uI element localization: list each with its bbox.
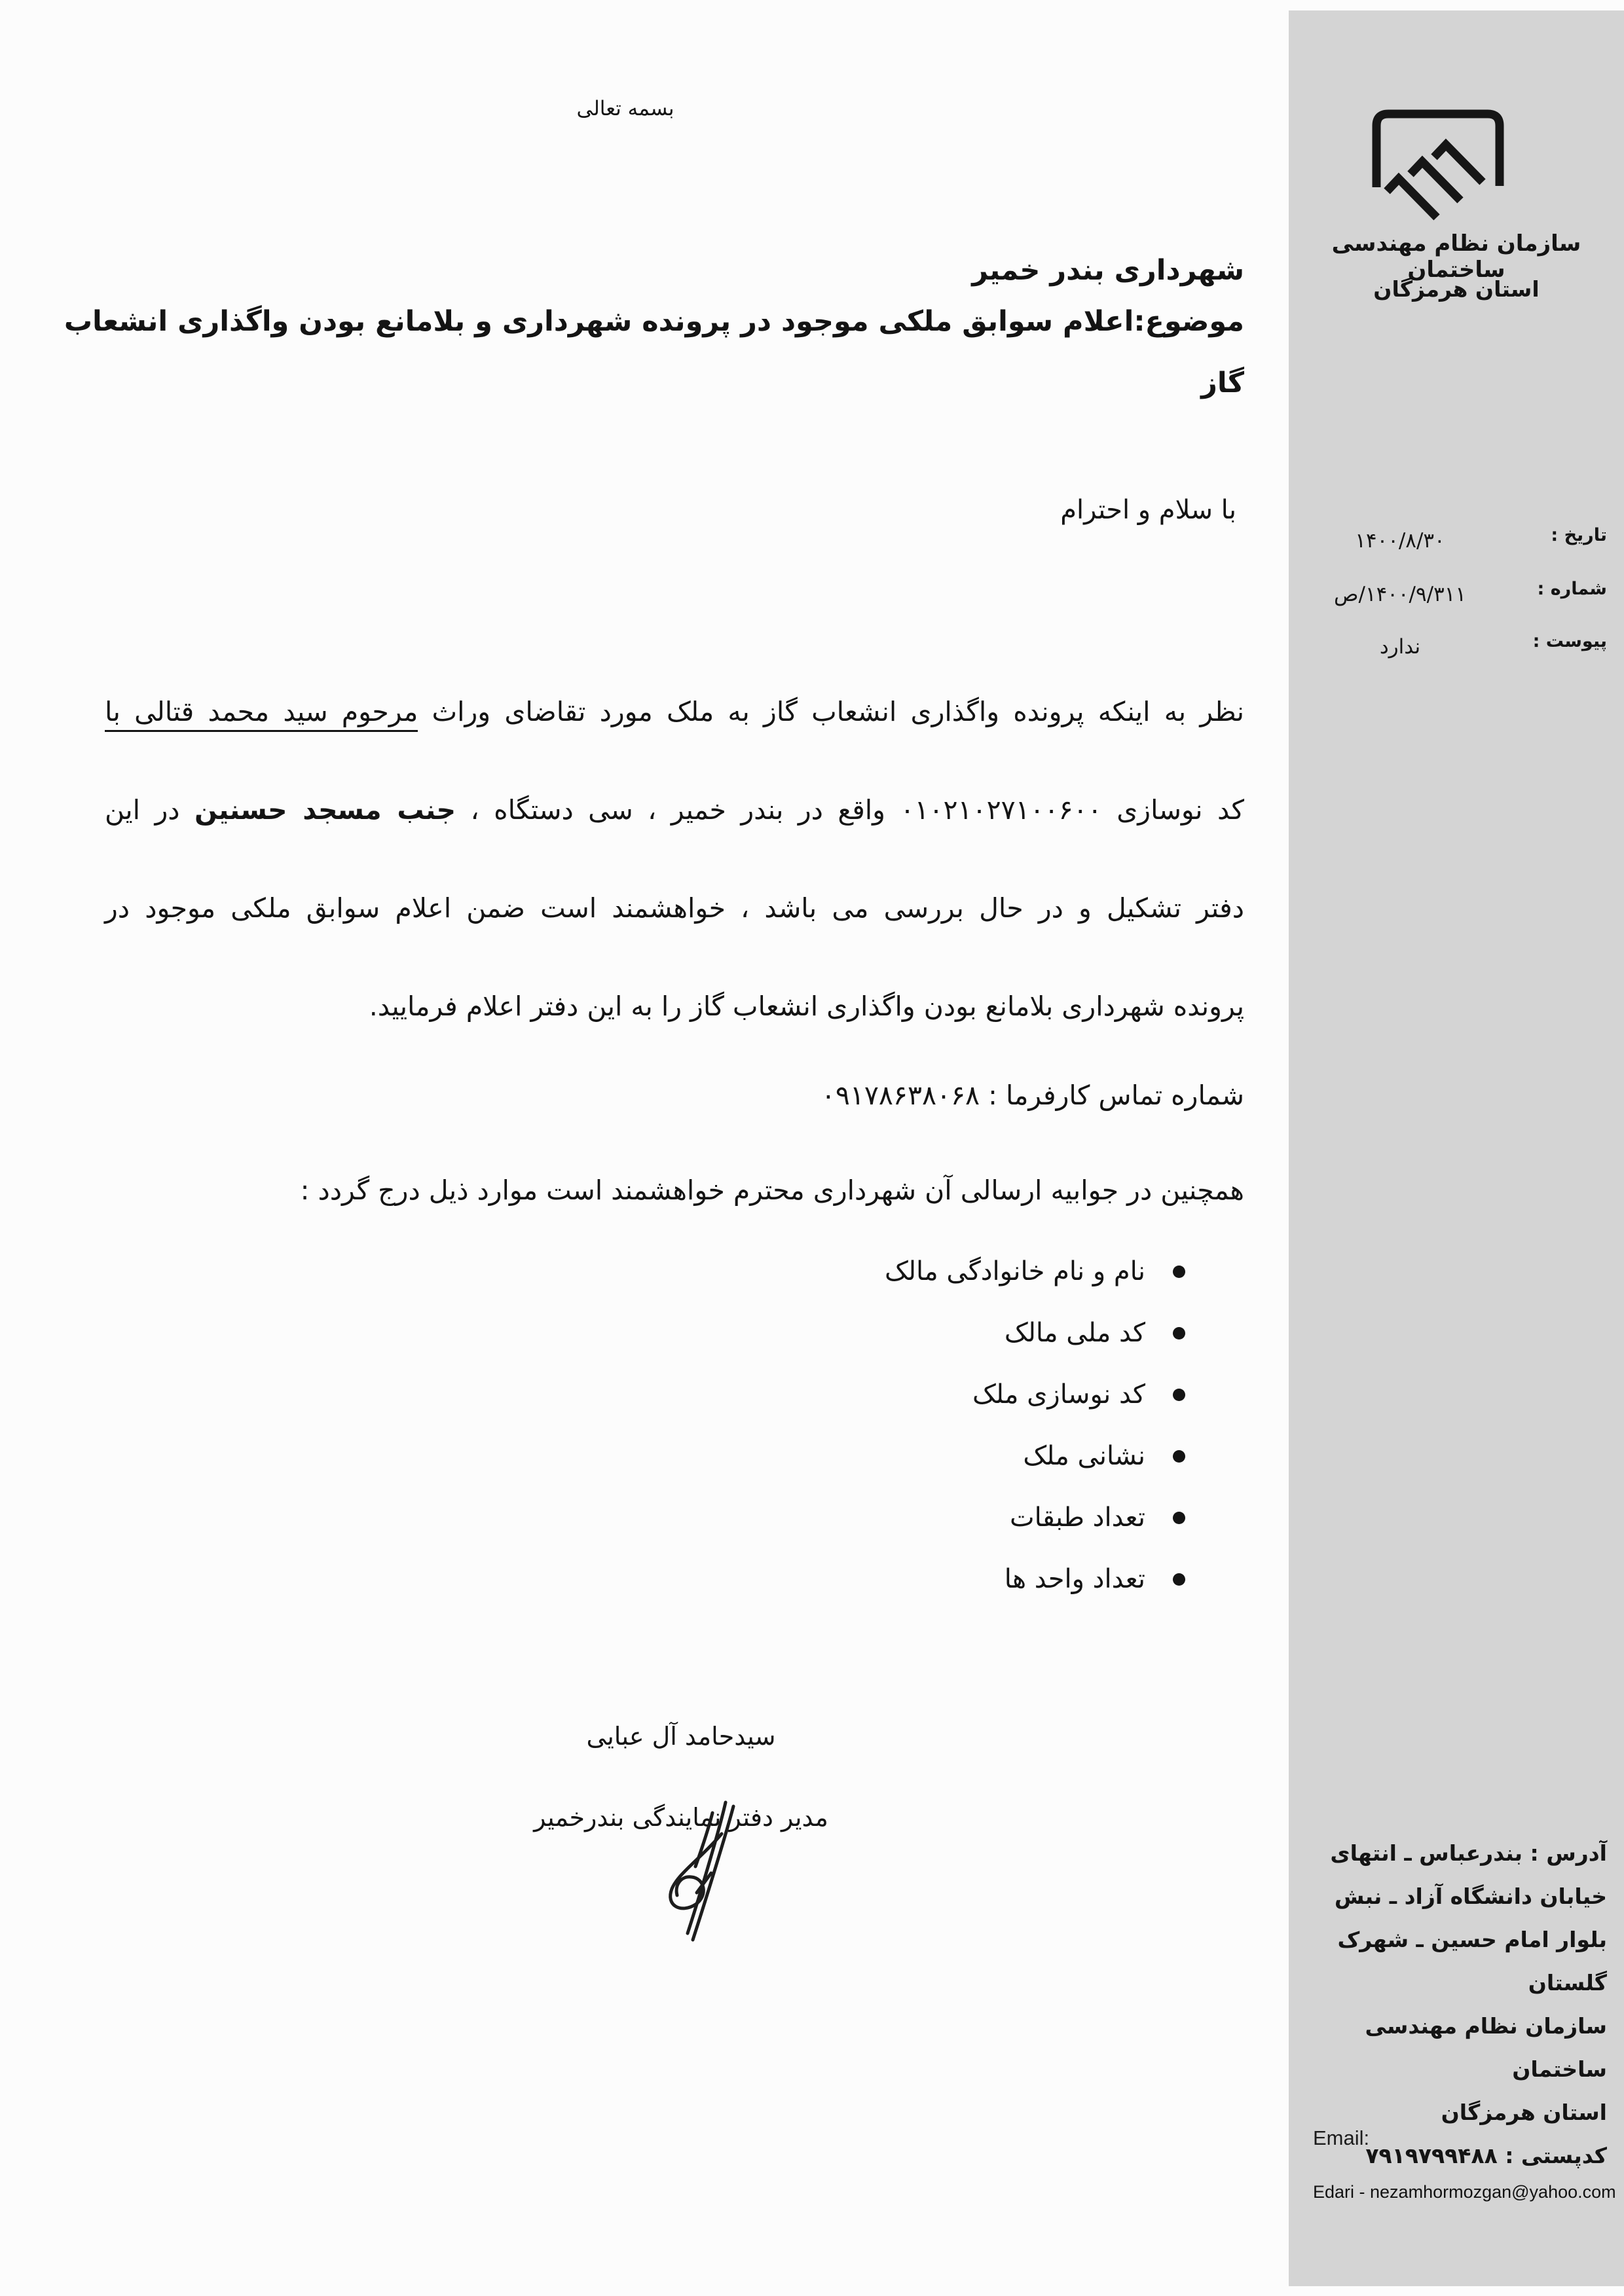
bullet-icon <box>1173 1512 1185 1524</box>
list-item: کد نوسازی ملک <box>885 1364 1185 1425</box>
body-paragraph: نظر به اینکه پرونده واگذاری انشعاب گاز ب… <box>105 663 1244 1055</box>
signer-name: سیدحامد آل عبایی <box>485 1717 877 1756</box>
list-item-label: نام و نام خانوادگی مالک <box>885 1256 1145 1286</box>
body-line-4: پرونده شهرداری بلامانع بودن واگذاری انشع… <box>105 957 1244 1055</box>
list-item: نام و نام خانوادگی مالک <box>885 1241 1185 1302</box>
list-item-label: نشانی ملک <box>1023 1441 1145 1471</box>
bullet-icon <box>1173 1389 1185 1401</box>
bullet-icon <box>1173 1450 1185 1463</box>
address-line: گلستان <box>1298 1961 1607 2005</box>
email-value: Edari - nezamhormozgan@yahoo.com <box>1313 2182 1616 2202</box>
letter-page: بسمه تعالی شهرداری بندر خمیر موضوع:اعلام… <box>0 0 1624 2296</box>
attachment-row: پیوست : ندارد <box>1289 631 1624 672</box>
list-item-label: تعداد واحد ها <box>1005 1564 1145 1594</box>
address-line: آدرس : بندرعباس ـ انتهای <box>1298 1832 1607 1875</box>
list-item-label: تعداد طبقات <box>1010 1503 1145 1533</box>
list-item: کد ملی مالک <box>885 1302 1185 1364</box>
bold-landmark-text: جنب مسجد حسنین <box>194 794 456 826</box>
list-item: تعداد واحد ها <box>885 1548 1185 1610</box>
date-row: تاریخ : ۱۴۰۰/۸/۳۰ <box>1289 525 1624 566</box>
subject-line-1-text: موضوع:اعلام سوابق ملکی موجود در پرونده ش… <box>64 305 1244 338</box>
bullet-icon <box>1173 1266 1185 1278</box>
address-line: بلوار امام حسین ـ شهرک <box>1298 1918 1607 1961</box>
list-item-label: کد ملی مالک <box>1005 1318 1145 1348</box>
body-line-1-text: نظر به اینکه پرونده واگذاری انشعاب گاز ب… <box>418 696 1244 727</box>
attachment-value: ندارد <box>1302 635 1498 659</box>
subject-line-1: موضوع:اعلام سوابق ملکی موجود در پرونده ش… <box>111 305 1244 338</box>
list-item: نشانی ملک <box>885 1425 1185 1487</box>
address-line: سازمان نظام مهندسی ساختمان <box>1298 2005 1607 2091</box>
date-value: ۱۴۰۰/۸/۳۰ <box>1302 529 1498 553</box>
required-items-list: نام و نام خانوادگی مالک کد ملی مالک کد ن… <box>885 1241 1185 1610</box>
body-line-2: کد نوسازی ۰۱۰۲۱۰۲۷۱۰۰۶۰۰ واقع در بندر خم… <box>105 761 1244 859</box>
underlined-owner-name: مرحوم سید محمد قتالی با <box>105 696 418 732</box>
subject-line-2: گاز <box>1201 367 1244 399</box>
body-line-2-tail: در این <box>105 794 194 826</box>
number-label: شماره : <box>1538 579 1607 599</box>
signature-scribble <box>629 1797 773 1951</box>
sidebar-panel: سازمان نظام مهندسی ساختمان استان هرمزگان… <box>1289 10 1624 2286</box>
email-label: Email: <box>1313 2126 1369 2150</box>
salutation-line: با سلام و احترام <box>1060 495 1236 525</box>
request-line: همچنین در جوابیه ارسالی آن شهرداری محترم… <box>301 1161 1244 1220</box>
address-line: خیابان دانشگاه آزاد ـ نبش <box>1298 1875 1607 1918</box>
body-line-2-text: کد نوسازی ۰۱۰۲۱۰۲۷۱۰۰۶۰۰ واقع در بندر خم… <box>456 794 1244 826</box>
body-line-3: دفتر تشکیل و در حال بررسی می باشد ، خواه… <box>105 859 1244 957</box>
recipient-line: شهرداری بندر خمیر <box>972 254 1244 287</box>
body-line-1: نظر به اینکه پرونده واگذاری انشعاب گاز ب… <box>105 663 1244 761</box>
address-block: آدرس : بندرعباس ـ انتهای خیابان دانشگاه … <box>1298 1832 1607 2178</box>
employer-phone-line: شماره تماس کارفرما : ۰۹۱۷۸۶۳۸۰۶۸ <box>821 1066 1244 1125</box>
list-item: تعداد طبقات <box>885 1487 1185 1548</box>
bullet-icon <box>1173 1327 1185 1339</box>
number-value: ۱۴۰۰/۹/۳۱۱/ص <box>1302 583 1498 606</box>
list-item-label: کد نوسازی ملک <box>972 1379 1145 1410</box>
besmele-text: بسمه تعالی <box>524 97 727 120</box>
date-label: تاریخ : <box>1551 525 1607 545</box>
org-name-line-2: استان هرمزگان <box>1289 276 1624 302</box>
bullet-icon <box>1173 1573 1185 1586</box>
attachment-label: پیوست : <box>1533 631 1607 651</box>
org-name-line-1: سازمان نظام مهندسی ساختمان <box>1289 230 1624 283</box>
number-row: شماره : ۱۴۰۰/۹/۳۱۱/ص <box>1289 579 1624 619</box>
org-logo-icon <box>1369 103 1507 221</box>
